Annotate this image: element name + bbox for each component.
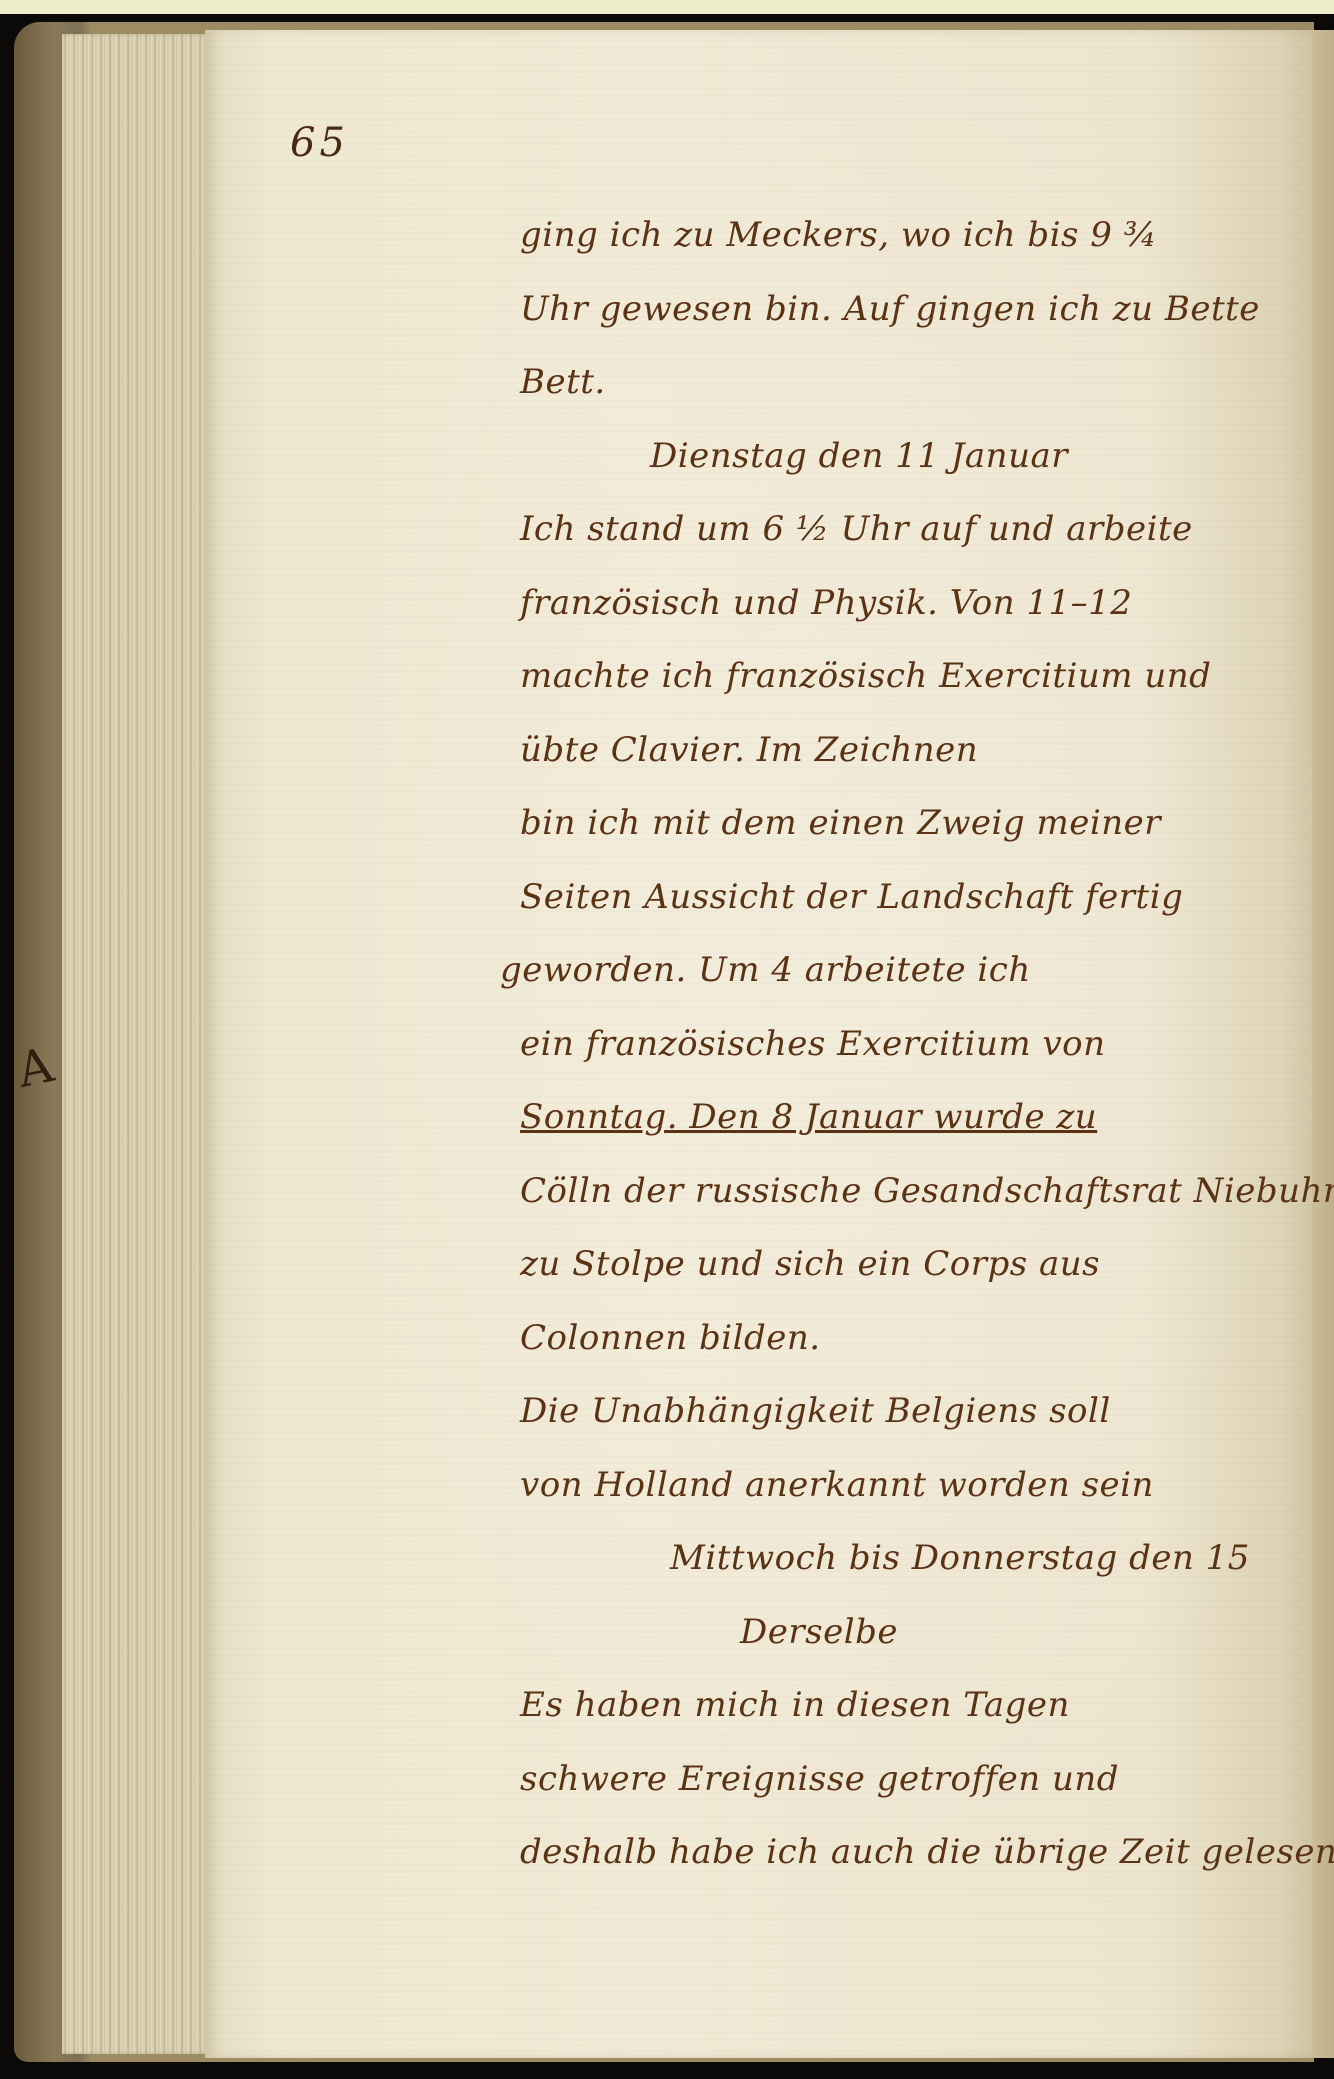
text-line: Cölln der russische Gesandschaftsrat Nie… — [520, 1161, 1280, 1235]
text-line: ging ich zu Meckers, wo ich bis 9 ¾ — [520, 205, 1280, 279]
text-line: Bett. — [520, 352, 1280, 426]
text-line: schwere Ereignisse getroffen und — [520, 1749, 1280, 1823]
page-edges-stack — [62, 34, 212, 2054]
text-line: ein französisches Exercitium von — [520, 1014, 1280, 1088]
text-line: Die Unabhängigkeit Belgiens soll — [520, 1381, 1280, 1455]
facing-page-edge — [1312, 30, 1334, 2058]
text-line: Seiten Aussicht der Landschaft fertig — [520, 867, 1280, 941]
text-line-underlined: Sonntag. Den 8 Januar wurde zu — [520, 1087, 1280, 1161]
text-line: deshalb habe ich auch die übrige Zeit ge… — [520, 1822, 1280, 1896]
text-line: Colonnen bilden. — [520, 1308, 1280, 1382]
entry-subheading: Derselbe — [520, 1602, 1280, 1676]
text-line: zu Stolpe und sich ein Corps aus — [520, 1234, 1280, 1308]
text-line: bin ich mit dem einen Zweig meiner — [520, 793, 1280, 867]
text-line: Es haben mich in diesen Tagen — [520, 1675, 1280, 1749]
text-line: Uhr gewesen bin. Auf gingen ich zu Bette — [520, 279, 1280, 353]
entry-date-heading: Dienstag den 11 Januar — [520, 426, 1280, 500]
text-line: geworden. Um 4 arbeitete ich — [500, 940, 1280, 1014]
handwritten-text-block: ging ich zu Meckers, wo ich bis 9 ¾ Uhr … — [520, 205, 1280, 1896]
text-line: Ich stand um 6 ½ Uhr auf und arbeite — [520, 499, 1280, 573]
text-line: machte ich französisch Exercitium und — [520, 646, 1280, 720]
text-line: übte Clavier. Im Zeichnen — [520, 720, 1280, 794]
text-line: französisch und Physik. Von 11–12 — [520, 573, 1280, 647]
scan-background: A 65 ging ich zu Meckers, wo ich bis 9 ¾… — [0, 0, 1334, 2079]
page-number: 65 — [290, 120, 349, 166]
text-line: von Holland anerkannt worden sein — [520, 1455, 1280, 1529]
entry-date-heading: Mittwoch bis Donnerstag den 15 — [520, 1528, 1280, 1602]
